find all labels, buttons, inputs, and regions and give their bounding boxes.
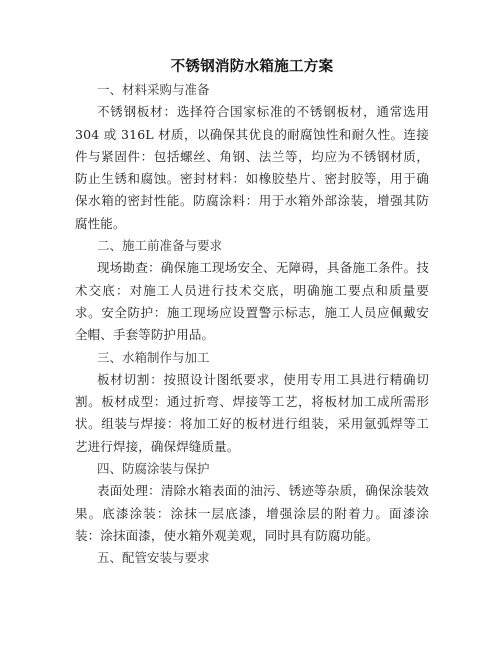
section-heading-2: 二、施工前准备与要求 [75,235,429,257]
document-title: 不锈钢消防水箱施工方案 [75,56,429,78]
section-heading-1: 一、材料采购与准备 [75,79,429,101]
section-body-4: 表面处理：清除水箱表面的油污、锈迹等杂质，确保涂装效果。底漆涂装：涂抹一层底漆，… [75,480,429,547]
section-heading-4: 四、防腐涂装与保护 [75,458,429,480]
section-body-2: 现场勘查：确保施工现场安全、无障碍，具备施工条件。技术交底：对施工人员进行技术交… [75,257,429,346]
document-page: 不锈钢消防水箱施工方案 一、材料采购与准备 不锈钢板材：选择符合国家标准的不锈钢… [75,56,429,570]
section-heading-3: 三、水箱制作与加工 [75,347,429,369]
section-body-1: 不锈钢板材：选择符合国家标准的不锈钢板材，通常选用 304 或 316L 材质，… [75,101,429,235]
section-heading-5: 五、配管安装与要求 [75,547,429,569]
section-body-3: 板材切割：按照设计图纸要求，使用专用工具进行精确切割。板材成型：通过折弯、焊接等… [75,369,429,458]
